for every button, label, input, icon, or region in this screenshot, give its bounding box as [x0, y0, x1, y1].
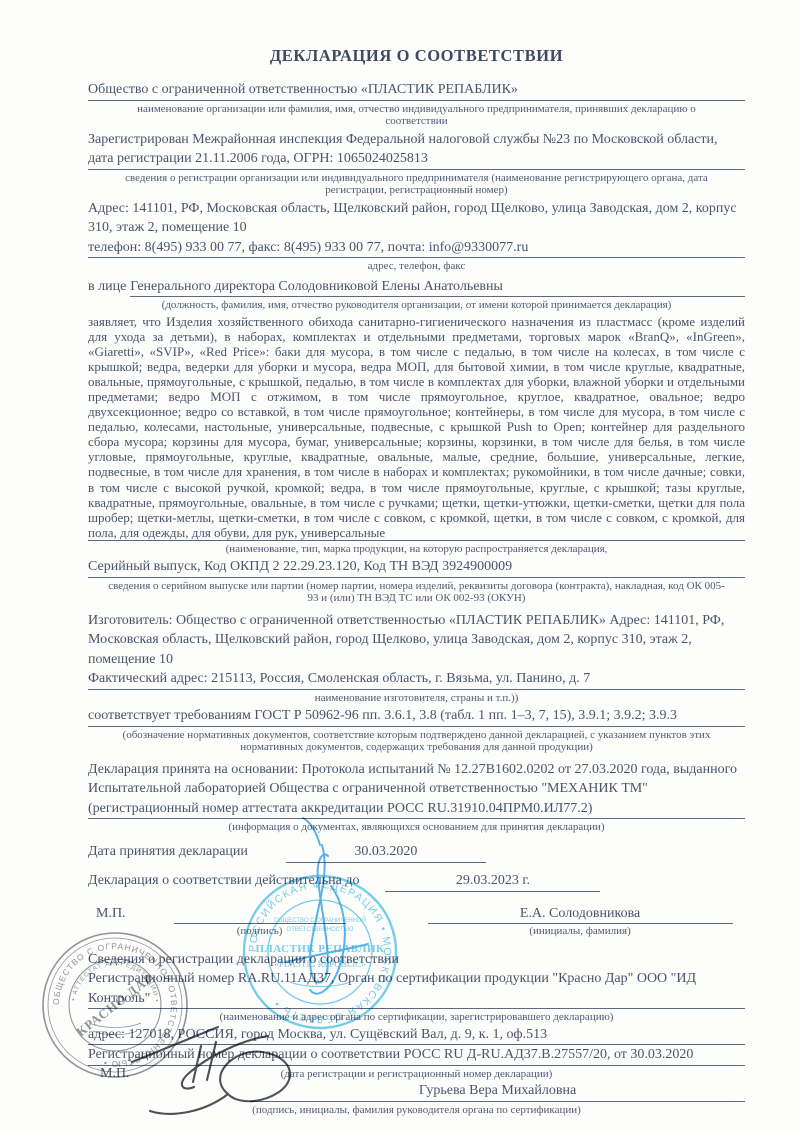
- declaration-document: ДЕКЛАРАЦИЯ О СООТВЕТСТВИИ Общество с огр…: [0, 0, 800, 1130]
- conformity-line: соответствует требованиям ГОСТ Р 50962-9…: [88, 706, 745, 727]
- declaration-number-caption: (дата регистрации и регистрационный номе…: [107, 1068, 727, 1081]
- declarant-address: Адрес: 141101, РФ, Московская область, Щ…: [88, 199, 745, 238]
- declarant-head-row: в лице Генерального директора Солодовник…: [88, 277, 745, 298]
- registration-address-line: адрес: 127018, РОССИЯ, город Москва, ул.…: [88, 1025, 745, 1046]
- cert-head-caption: (подпись, инициалы, фамилия руководителя…: [107, 1104, 727, 1117]
- valid-until-label: Декларация о соответствии действительна …: [88, 871, 359, 891]
- declarant-head-caption: (должность, фамилия, имя, отчество руков…: [107, 299, 727, 312]
- conformity-caption: (обозначение нормативных документов, соо…: [107, 729, 727, 754]
- declarant-registration-caption: сведения о регистрации организации или и…: [107, 172, 727, 197]
- initials-field: Е.А. Солодовникова (инициалы, фамилия): [428, 904, 733, 940]
- declarant-name: Общество с ограниченной ответственностью…: [88, 80, 745, 101]
- declaration-number-line: Регистрационный номер декларации о соотв…: [88, 1045, 745, 1066]
- accept-date-label: Дата принятия декларации: [88, 842, 248, 862]
- document-title: ДЕКЛАРАЦИЯ О СООТВЕТСТВИИ: [88, 46, 745, 66]
- product-statement: заявляет, что Изделия хозяйственного оби…: [88, 314, 745, 541]
- signature-field: (подпись): [174, 904, 346, 940]
- basis-text: Декларация принята на основании: Протоко…: [88, 760, 745, 820]
- director-initials: Е.А. Солодовникова: [428, 904, 733, 925]
- registration-heading: Сведения о регистрации декларации о соот…: [88, 950, 745, 970]
- serial-line: Серийный выпуск, Код ОКПД 2 22.29.23.120…: [88, 557, 745, 578]
- registration-org-caption: (наименование и адрес органа по сертифик…: [107, 1011, 727, 1024]
- seal-signature-row: М.П. (подпись) Е.А. Солодовникова (иници…: [88, 904, 745, 940]
- valid-until-value: 29.03.2023 г.: [385, 871, 600, 892]
- declarant-name-caption: наименование организации или фамилия, им…: [107, 103, 727, 128]
- accept-date-row: Дата принятия декларации 30.03.2020: [88, 842, 745, 863]
- mp-label: М.П.: [96, 904, 126, 924]
- cert-head-name: Гурьева Вера Михайловна: [250, 1081, 745, 1102]
- mp-label-bottom: М.П.: [100, 1066, 130, 1082]
- manufacturer-actual-address: Фактический адрес: 215113, Россия, Смоле…: [88, 669, 745, 690]
- signature-line: [174, 904, 346, 925]
- declarant-contacts: телефон: 8(495) 933 00 77, факс: 8(495) …: [88, 238, 745, 259]
- head-lead-label: в лице: [88, 277, 126, 297]
- manufacturer-lines: Изготовитель: Общество с ограниченной от…: [88, 611, 745, 670]
- serial-caption: сведения о серийном выпуске или партии (…: [107, 580, 727, 605]
- declarant-contacts-caption: адрес, телефон, факс: [107, 260, 727, 273]
- product-statement-caption: (наименование, тип, марка продукции, на …: [107, 543, 727, 556]
- declarant-registration: Зарегистрирован Межрайонная инспекция Фе…: [88, 130, 745, 170]
- registration-number-line: Регистрационный номер RA.RU.11АД37, Орга…: [88, 969, 745, 1009]
- valid-until-row: Декларация о соответствии действительна …: [88, 871, 745, 892]
- basis-caption: (информация о документах, являющихся осн…: [107, 821, 727, 834]
- signature-caption: (подпись): [237, 925, 283, 938]
- manufacturer-caption: наименование изготовителя, страны и т.п.…: [107, 692, 727, 705]
- initials-caption: (инициалы, фамилия): [529, 925, 630, 938]
- declarant-head: Генерального директора Солодовниковой Ел…: [130, 277, 745, 298]
- accept-date-value: 30.03.2020: [286, 842, 486, 863]
